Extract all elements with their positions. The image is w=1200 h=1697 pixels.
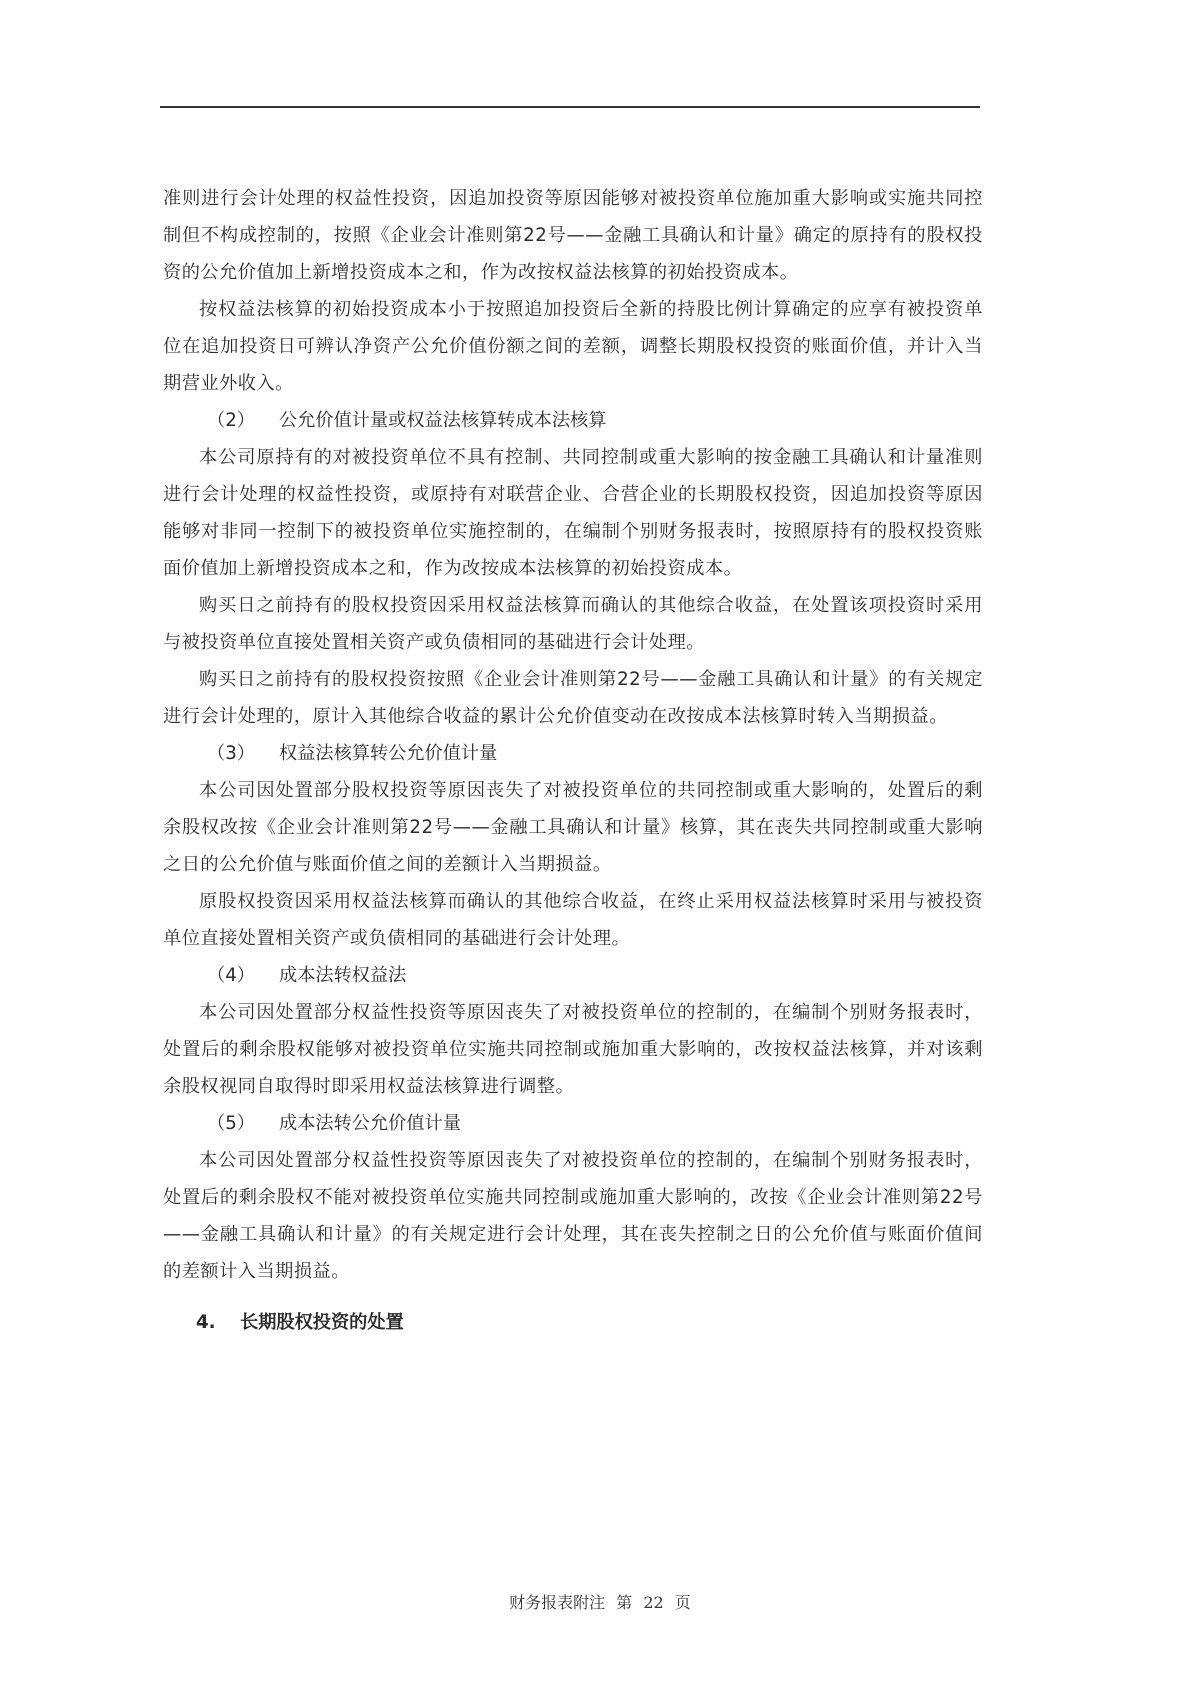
paragraph-7: 原股权投资因采用权益法核算而确认的其他综合收益，在终止采用权益法核算时采用与被投… bbox=[163, 883, 983, 957]
footer-page-suffix: 页 bbox=[675, 1593, 691, 1612]
section-title: 长期股权投资的处置 bbox=[240, 1304, 404, 1341]
subheading-number: （4） bbox=[207, 957, 279, 994]
paragraph-1: 准则进行会计处理的权益性投资，因追加投资等原因能够对被投资单位施加重大影响或实施… bbox=[163, 180, 983, 291]
subheading-number: （2） bbox=[207, 402, 279, 439]
header-rule bbox=[160, 106, 980, 108]
paragraph-5: 购买日之前持有的股权投资按照《企业会计准则第22号——金融工具确认和计量》的有关… bbox=[163, 661, 983, 735]
paragraph-9: 本公司因处置部分权益性投资等原因丧失了对被投资单位的控制的，在编制个别财务报表时… bbox=[163, 1142, 983, 1290]
footer-page-prefix: 第 bbox=[616, 1593, 632, 1612]
footer-page-number: 22 bbox=[643, 1593, 663, 1612]
subheading-4: （4） 成本法转权益法 bbox=[163, 957, 983, 994]
subheading-3: （3） 权益法核算转公允价值计量 bbox=[163, 735, 983, 772]
paragraph-3: 本公司原持有的对被投资单位不具有控制、共同控制或重大影响的按金融工具确认和计量准… bbox=[163, 439, 983, 587]
subheading-number: （3） bbox=[207, 735, 279, 772]
subheading-text: 权益法核算转公允价值计量 bbox=[279, 735, 497, 772]
footer-title: 财务报表附注 bbox=[509, 1593, 605, 1612]
paragraph-8: 本公司因处置部分权益性投资等原因丧失了对被投资单位的控制的，在编制个别财务报表时… bbox=[163, 994, 983, 1105]
paragraph-2: 按权益法核算的初始投资成本小于按照追加投资后全新的持股比例计算确定的应享有被投资… bbox=[163, 291, 983, 402]
document-body: 准则进行会计处理的权益性投资，因追加投资等原因能够对被投资单位施加重大影响或实施… bbox=[163, 180, 983, 1341]
section-heading: 4. 长期股权投资的处置 bbox=[163, 1304, 983, 1341]
subheading-text: 成本法转权益法 bbox=[279, 957, 406, 994]
subheading-text: 成本法转公允价值计量 bbox=[279, 1105, 461, 1142]
subheading-2: （2） 公允价值计量或权益法核算转成本法核算 bbox=[163, 402, 983, 439]
subheading-5: （5） 成本法转公允价值计量 bbox=[163, 1105, 983, 1142]
paragraph-6: 本公司因处置部分股权投资等原因丧失了对被投资单位的共同控制或重大影响的，处置后的… bbox=[163, 772, 983, 883]
page-footer: 财务报表附注 第 22 页 bbox=[0, 1590, 1200, 1613]
subheading-number: （5） bbox=[207, 1105, 279, 1142]
section-number: 4. bbox=[196, 1304, 240, 1341]
paragraph-4: 购买日之前持有的股权投资因采用权益法核算而确认的其他综合收益，在处置该项投资时采… bbox=[163, 587, 983, 661]
subheading-text: 公允价值计量或权益法核算转成本法核算 bbox=[279, 402, 606, 439]
